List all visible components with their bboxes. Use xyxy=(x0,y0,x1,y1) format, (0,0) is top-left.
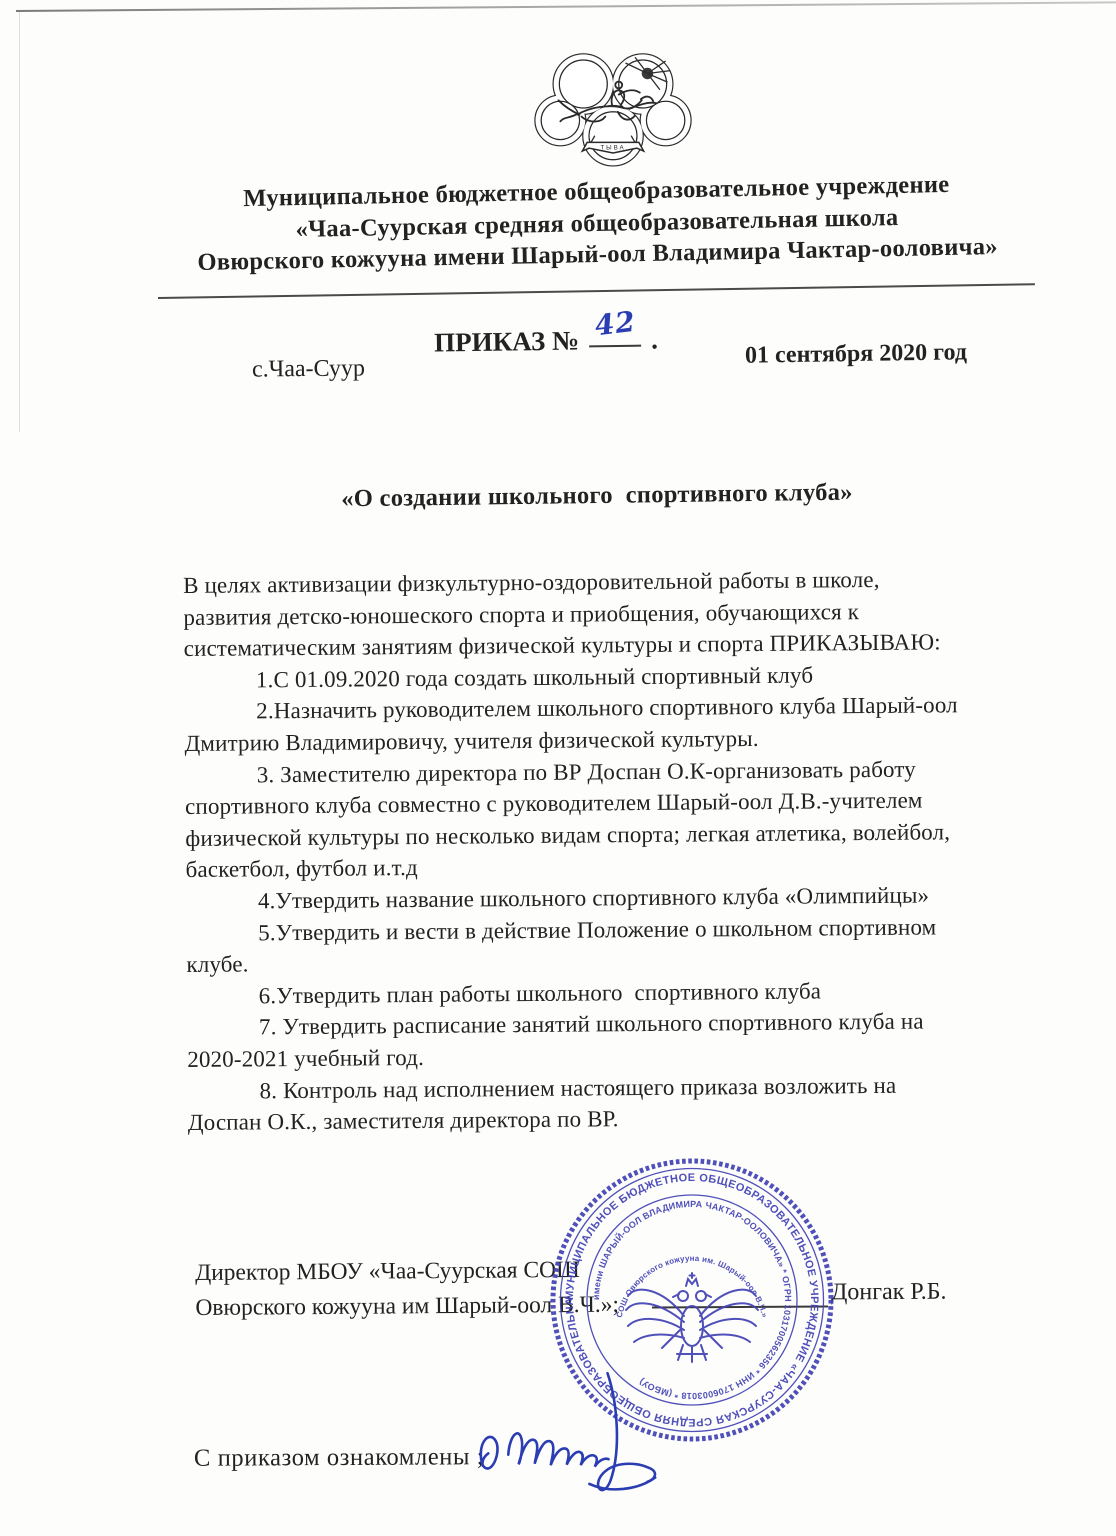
order-label: ПРИКАЗ № xyxy=(434,326,579,358)
scanned-order-document: ТЫВА Муниципальное бюджетное общеобразов… xyxy=(0,0,1116,1536)
order-body: В целях активизации физкультурно-оздоров… xyxy=(183,563,1036,1139)
org-header: Муниципальное бюджетное общеобразователь… xyxy=(146,167,1048,280)
svg-text:СОШ Овюрского кожууна им. Шары: СОШ Овюрского кожууна им. Шарый-оол В.Ч.… xyxy=(615,1254,770,1319)
tuva-emblem-logo: ТЫВА xyxy=(517,40,709,174)
order-number-slot: 42 xyxy=(587,315,651,350)
ribbon-text: ТЫВА xyxy=(600,145,625,152)
scan-edge-line-top xyxy=(16,1,1116,12)
handwritten-signature xyxy=(468,1362,704,1528)
body-line: Доспан О.К., заместителя директора по ВР… xyxy=(188,1100,1036,1139)
director-name: Донгак Р.Б. xyxy=(831,1279,947,1307)
number-underline xyxy=(589,345,641,348)
header-divider xyxy=(158,283,1035,299)
order-number-row: ПРИКАЗ №42. xyxy=(434,314,658,358)
order-subject: «О создании школьного спортивного клуба» xyxy=(147,476,1047,516)
order-period: . xyxy=(651,324,658,354)
order-place: с.Чаа-Суур xyxy=(252,355,365,383)
handwritten-order-number: 42 xyxy=(593,305,638,343)
double-headed-eagle-icon xyxy=(626,1273,758,1362)
order-date: 01 сентября 2020 год xyxy=(745,339,967,369)
acknowledgement-label: С приказом ознакомлены ; xyxy=(194,1443,484,1473)
stamp-mid-text: СОШ Овюрского кожууна им. Шарый-оол В.Ч.… xyxy=(615,1254,770,1319)
scan-edge-line-left xyxy=(19,12,20,432)
